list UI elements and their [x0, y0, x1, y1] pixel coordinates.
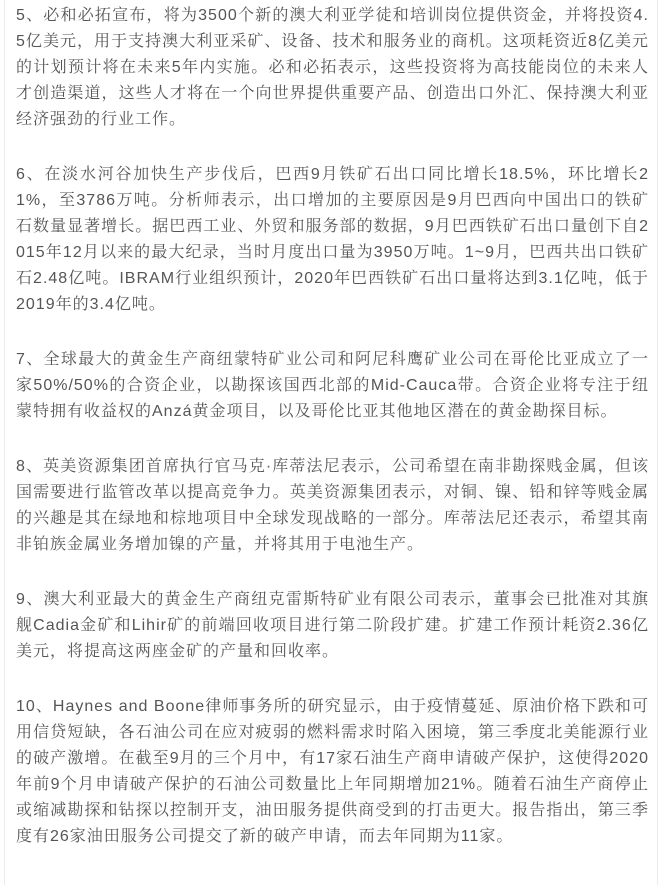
- news-paragraph-10: 10、Haynes and Boone律师事务所的研究显示，由于疫情蔓延、原油价…: [16, 694, 649, 850]
- news-paragraph-7: 7、全球最大的黄金生产商纽蒙特矿业公司和阿尼科鹰矿业公司在哥伦比亚成立了一家50…: [16, 347, 649, 425]
- news-paragraph-5: 5、必和必拓宣布，将为3500个新的澳大利亚学徒和培训岗位提供资金，并将投资4.…: [16, 3, 649, 133]
- news-paragraph-6: 6、在淡水河谷加快生产步伐后，巴西9月铁矿石出口同比增长18.5%，环比增长21…: [16, 162, 649, 318]
- news-paragraph-9: 9、澳大利亚最大的黄金生产商纽克雷斯特矿业有限公司表示，董事会已批准对其旗舰Ca…: [16, 587, 649, 665]
- news-paragraph-8: 8、英美资源集团首席执行官马克·库蒂法尼表示，公司希望在南非勘探贱金属，但该国需…: [16, 454, 649, 558]
- article-page: 5、必和必拓宣布，将为3500个新的澳大利亚学徒和培训岗位提供资金，并将投资4.…: [4, 0, 658, 885]
